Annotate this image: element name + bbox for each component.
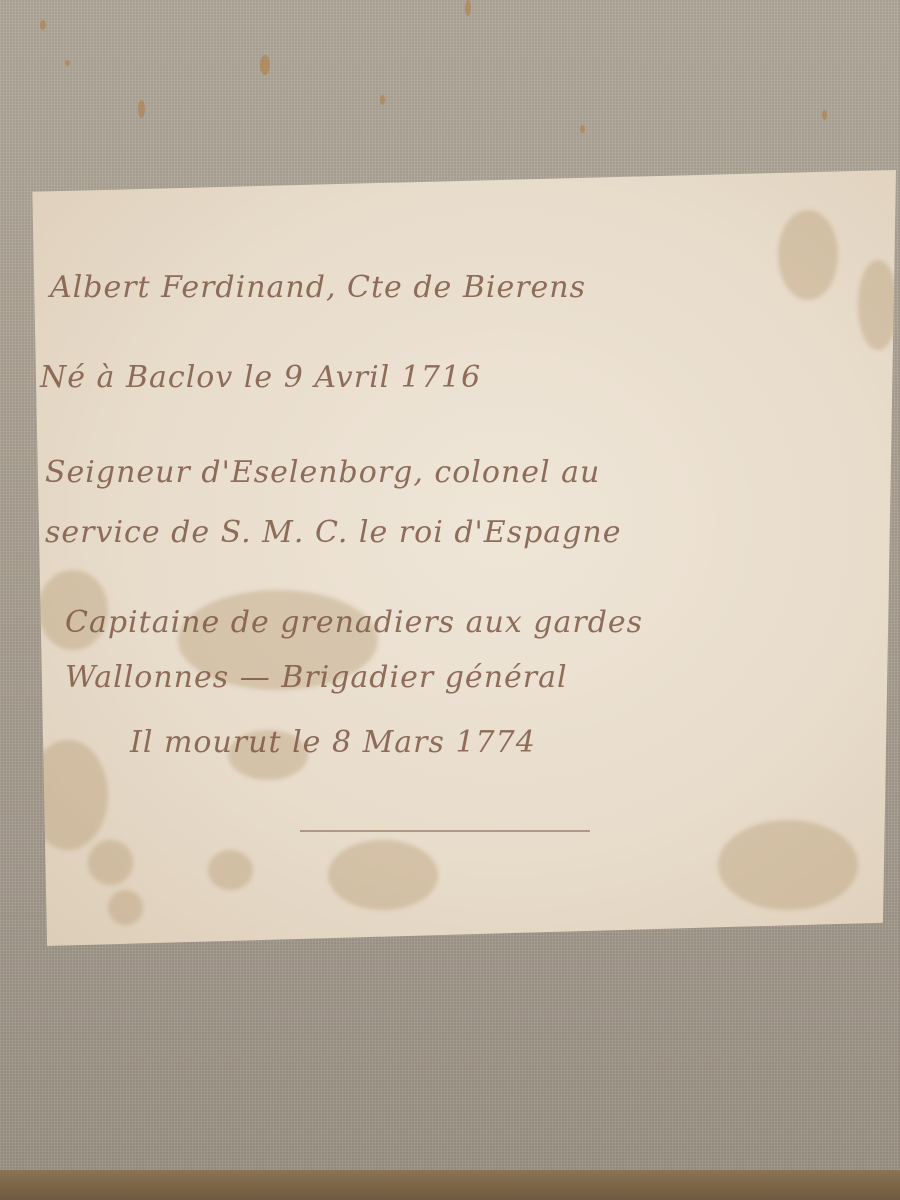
water-stain xyxy=(108,890,143,925)
note-line-birth: Né à Baclov le 9 Avril 1716 xyxy=(40,360,481,395)
rust-speck xyxy=(65,60,70,66)
rust-speck xyxy=(380,95,385,105)
rust-speck xyxy=(465,0,471,16)
rust-speck xyxy=(580,125,585,133)
rust-speck xyxy=(822,110,827,120)
rust-speck xyxy=(40,20,46,30)
note-line-rank: Wallonnes — Brigadier général xyxy=(65,660,568,695)
water-stain xyxy=(88,840,133,885)
note-line-title: Seigneur d'Eselenborg, colonel au xyxy=(45,455,600,490)
note-line-captain: Capitaine de grenadiers aux gardes xyxy=(65,605,643,640)
rust-speck xyxy=(138,100,145,118)
frame-edge xyxy=(0,1170,900,1200)
underline-rule xyxy=(300,830,590,832)
note-line-death: Il mourut le 8 Mars 1774 xyxy=(130,725,536,760)
water-stain xyxy=(858,260,898,350)
note-line-name: Albert Ferdinand, Cte de Bierens xyxy=(50,270,586,305)
note-line-service: service de S. M. C. le roi d'Espagne xyxy=(45,515,621,550)
water-stain xyxy=(718,820,858,910)
water-stain xyxy=(208,850,253,890)
water-stain xyxy=(778,210,838,300)
rust-speck xyxy=(260,55,270,75)
water-stain xyxy=(328,840,438,910)
